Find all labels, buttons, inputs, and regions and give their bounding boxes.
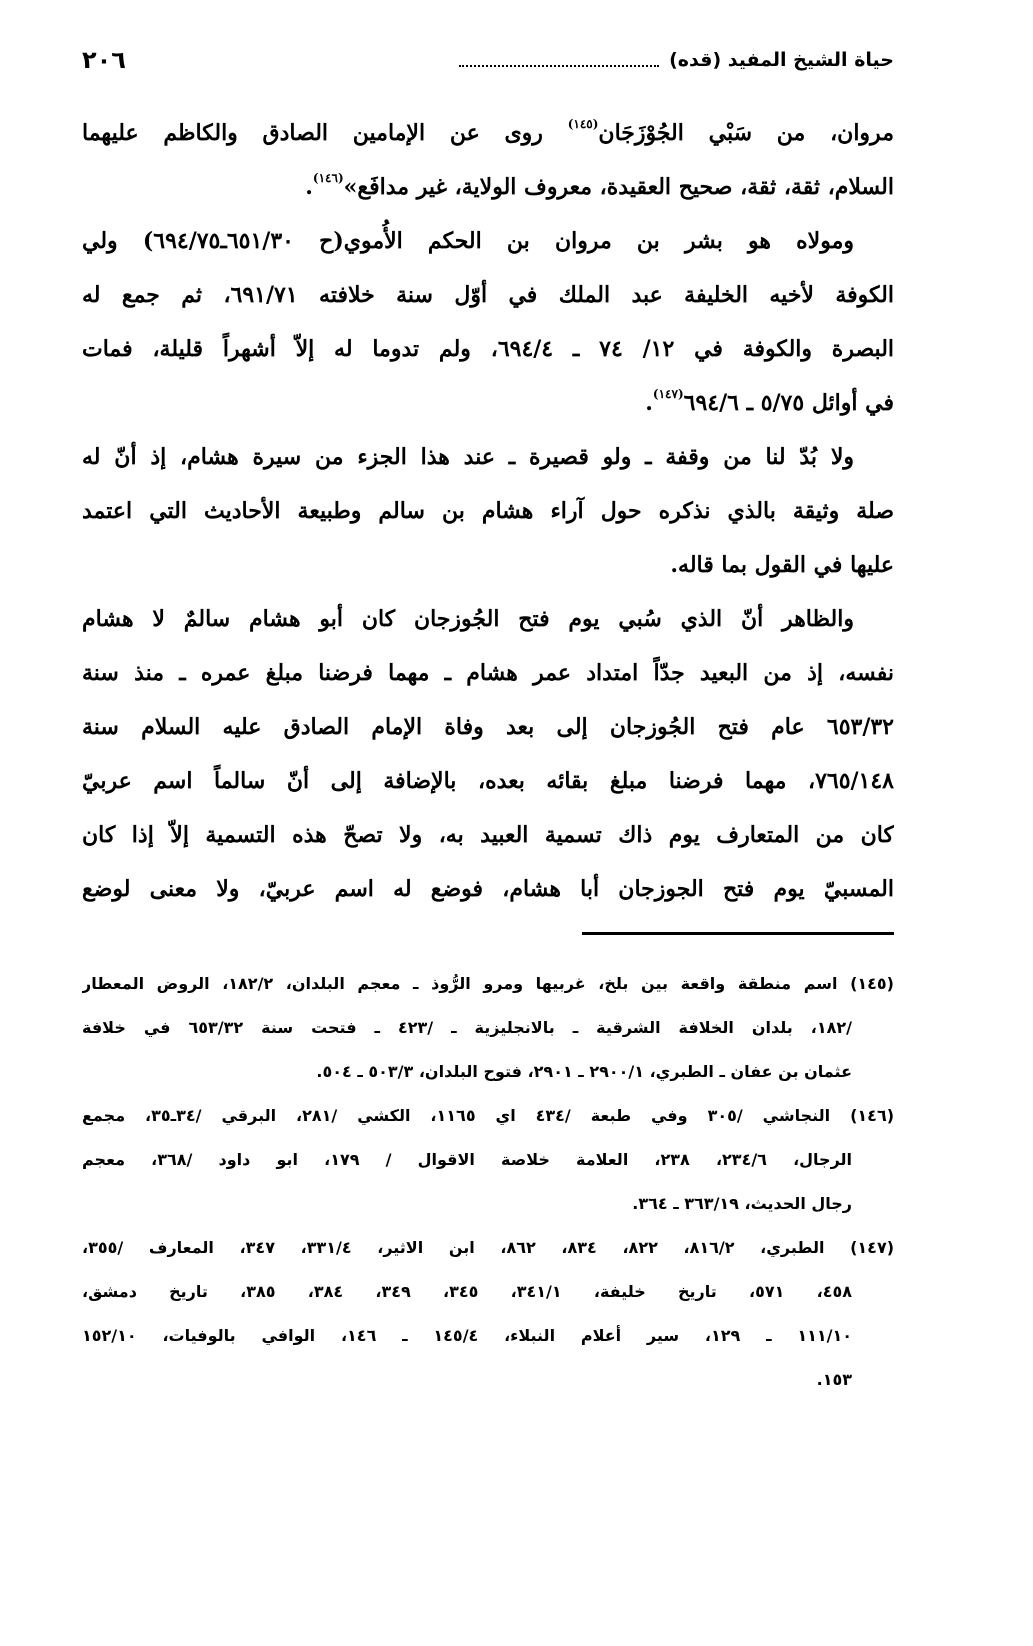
footnote-145: (١٤٥) اسم منطقة واقعة بين بلخ، غربيها وم… xyxy=(82,962,894,1094)
footnote-line: /١٨٢، بلدان الخلافة الشرقية ـ بالانجليزي… xyxy=(82,1006,894,1050)
text-line: عليها في القول بما قاله. xyxy=(82,538,894,592)
footnote-line: (١٤٥) اسم منطقة واقعة بين بلخ، غربيها وم… xyxy=(82,962,894,1006)
text-line: والظاهر أنّ الذي سُبي يوم فتح الجُوزجان … xyxy=(82,592,894,646)
footnote-147: (١٤٧) الطبري، ٨١٦/٢، ٨٢٢، ٨٣٤، ٨٦٢، ابن … xyxy=(82,1226,894,1402)
footnote-line: ١٥٣. xyxy=(82,1358,894,1402)
body-text: مروان، من سَبْي الجُوْزَجَان(١٤٥) روى عن… xyxy=(82,106,894,916)
text-line: السلام، ثقة، ثقة، صحيح العقيدة، معروف ال… xyxy=(82,160,894,214)
text-line: البصرة والكوفة في ١٢/ ٧٤ ـ ٦٩٤/٤، ولم تد… xyxy=(82,322,894,376)
footnote-ref[interactable]: (١٤٦) xyxy=(313,171,344,185)
footnote-ref[interactable]: (١٤٧) xyxy=(653,387,684,401)
leader-dots xyxy=(459,65,659,67)
footnote-line: الرجال، ٢٣٤/٦، ٢٣٨، العلامة خلاصة الاقوا… xyxy=(82,1138,894,1182)
footnote-line: عثمان بن عفان ـ الطبري، ٢٩٠٠/١ ـ ٢٩٠١، ف… xyxy=(82,1050,894,1094)
footnote-line: ٤٥٨، ٥٧١، تاريخ خليفة، ٣٤١/١، ٣٤٥، ٣٤٩، … xyxy=(82,1270,894,1314)
text-line: ٧٦٥/١٤٨، مهما فرضنا مبلغ بقائه بعده، بال… xyxy=(82,754,894,808)
footnote-separator xyxy=(582,932,894,935)
footnote-ref[interactable]: (١٤٥) xyxy=(568,117,599,131)
footnote-line: ١١١/١٠ ـ ١٢٩، سير أعلام النبلاء، ١٤٥/٤ ـ… xyxy=(82,1314,894,1358)
running-title: حياة الشيخ المفيد (قده) xyxy=(669,49,894,71)
text-line: في أوائل ٥/٧٥ ـ ٦٩٤/٦(١٤٧). xyxy=(82,376,894,430)
footnote-number: (١٤٧) xyxy=(850,1238,894,1257)
book-page: حياة الشيخ المفيد (قده) ٢٠٦ مروان، من سَ… xyxy=(82,0,894,1646)
text-line: مروان، من سَبْي الجُوْزَجَان(١٤٥) روى عن… xyxy=(82,106,894,160)
footnote-line: رجال الحديث، ٣٦٣/١٩ ـ ٣٦٤. xyxy=(82,1182,894,1226)
running-header: حياة الشيخ المفيد (قده) ٢٠٦ xyxy=(82,44,894,76)
text-line: ومولاه هو بشر بن مروان بن الحكم الأُموي(… xyxy=(82,214,894,268)
page-number: ٢٠٦ xyxy=(82,46,126,74)
footnote-line: (١٤٧) الطبري، ٨١٦/٢، ٨٢٢، ٨٣٤، ٨٦٢، ابن … xyxy=(82,1226,894,1270)
footnotes: (١٤٥) اسم منطقة واقعة بين بلخ، غربيها وم… xyxy=(82,962,894,1402)
text-line: ولا بُدّ لنا من وقفة ـ ولو قصيرة ـ عند ه… xyxy=(82,430,894,484)
text-line: كان من المتعارف يوم ذاك تسمية العبيد به،… xyxy=(82,808,894,862)
footnote-number: (١٤٥) xyxy=(850,974,894,993)
footnote-line: (١٤٦) النجاشي /٣٠٥ وفي طبعة /٤٣٤ اي ١١٦٥… xyxy=(82,1094,894,1138)
text-line: صلة وثيقة بالذي نذكره حول آراء هشام بن س… xyxy=(82,484,894,538)
text-line: نفسه، إذ من البعيد جدّاً امتداد عمر هشام… xyxy=(82,646,894,700)
footnote-number: (١٤٦) xyxy=(850,1106,894,1125)
text-line: المسبيّ يوم فتح الجوزجان أبا هشام، فوضع … xyxy=(82,862,894,916)
text-line: ٦٥٣/٣٢ عام فتح الجُوزجان إلى بعد وفاة ال… xyxy=(82,700,894,754)
footnote-146: (١٤٦) النجاشي /٣٠٥ وفي طبعة /٤٣٤ اي ١١٦٥… xyxy=(82,1094,894,1226)
text-line: الكوفة لأخيه الخليفة عبد الملك في أوّل س… xyxy=(82,268,894,322)
